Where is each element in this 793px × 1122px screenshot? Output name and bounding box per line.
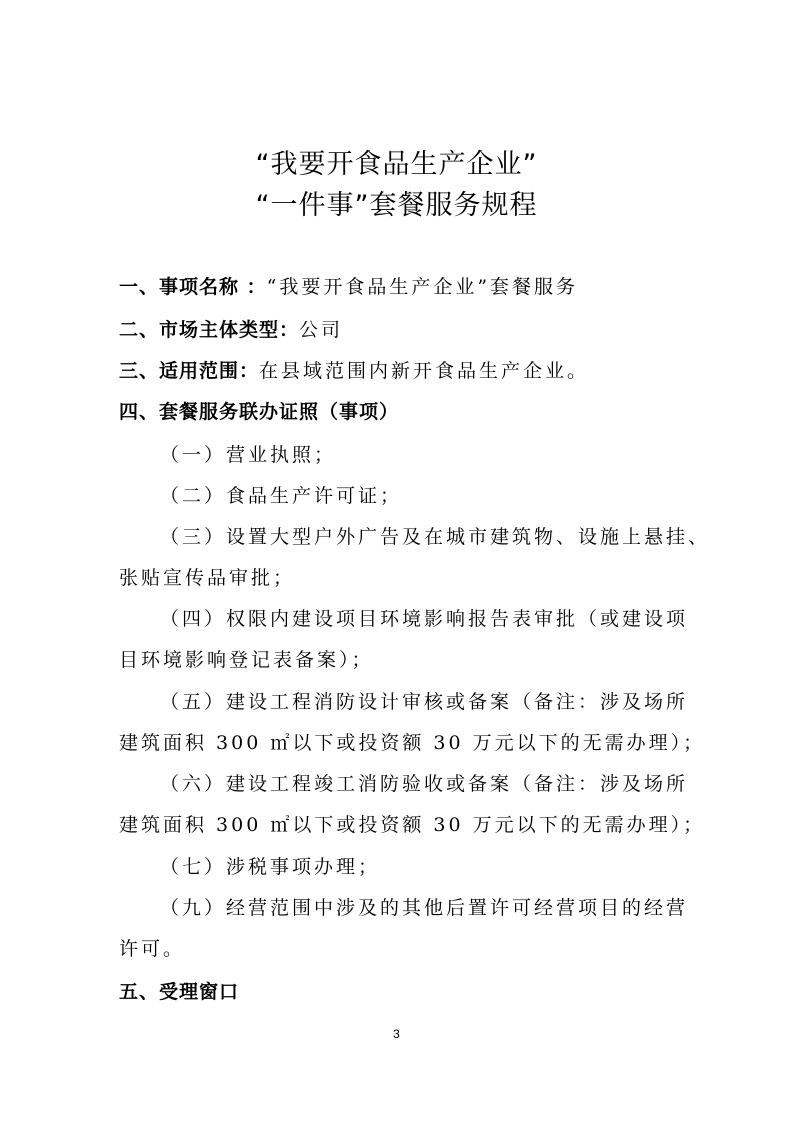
- list-item: （九）经营范围中涉及的其他后置许可经营项目的经营: [160, 893, 688, 920]
- section-value: “我要开食品生产企业”套餐服务: [267, 276, 578, 298]
- list-item-continuation: 建筑面积 300 ㎡以下或投资额 30 万元以下的无需办理）；: [119, 728, 705, 755]
- section-value: 在县域范围内新开食品生产企业。: [259, 360, 589, 382]
- list-item: （七）涉税事项办理；: [160, 852, 380, 879]
- section-label: 三、适用范围：: [119, 360, 259, 382]
- section-label: 一、事项名称 ：: [119, 276, 267, 298]
- section-item-name: 一、事项名称 ：“我要开食品生产企业”套餐服务: [119, 272, 578, 299]
- section-entity-type: 二、市场主体类型：公司: [119, 315, 343, 342]
- page-number: 3: [0, 1027, 793, 1041]
- section-label: 二、市场主体类型：: [119, 319, 299, 341]
- document-title-line1: “我要开食品生产企业”: [0, 142, 793, 181]
- section-acceptance-window: 五、受理窗口: [119, 977, 239, 1004]
- list-item-continuation: 目环境影响登记表备案）；: [119, 645, 374, 672]
- list-item-continuation: 张贴宣传品审批；: [119, 563, 295, 590]
- section-scope: 三、适用范围：在县域范围内新开食品生产企业。: [119, 356, 589, 383]
- list-item: （四）权限内建设项目环境影响报告表审批（或建设项: [160, 604, 688, 631]
- list-item: （三）设置大型户外广告及在城市建筑物、设施上悬挂、: [160, 522, 710, 549]
- list-item: （六）建设工程竣工消防验收或备案（备注：涉及场所: [160, 769, 688, 796]
- list-item-continuation: 许可。: [119, 934, 185, 961]
- list-item: （五）建设工程消防设计审核或备案（备注：涉及场所: [160, 687, 688, 714]
- document-title-line2: “一件事”套餐服务规程: [0, 183, 793, 222]
- section-license-list-heading: 四、套餐服务联办证照（事项）: [119, 397, 399, 424]
- list-item: （二）食品生产许可证；: [160, 481, 402, 508]
- section-value: 公司: [299, 319, 343, 341]
- list-item: （一）营业执照；: [160, 440, 336, 467]
- list-item-continuation: 建筑面积 300 ㎡以下或投资额 30 万元以下的无需办理）；: [119, 810, 705, 837]
